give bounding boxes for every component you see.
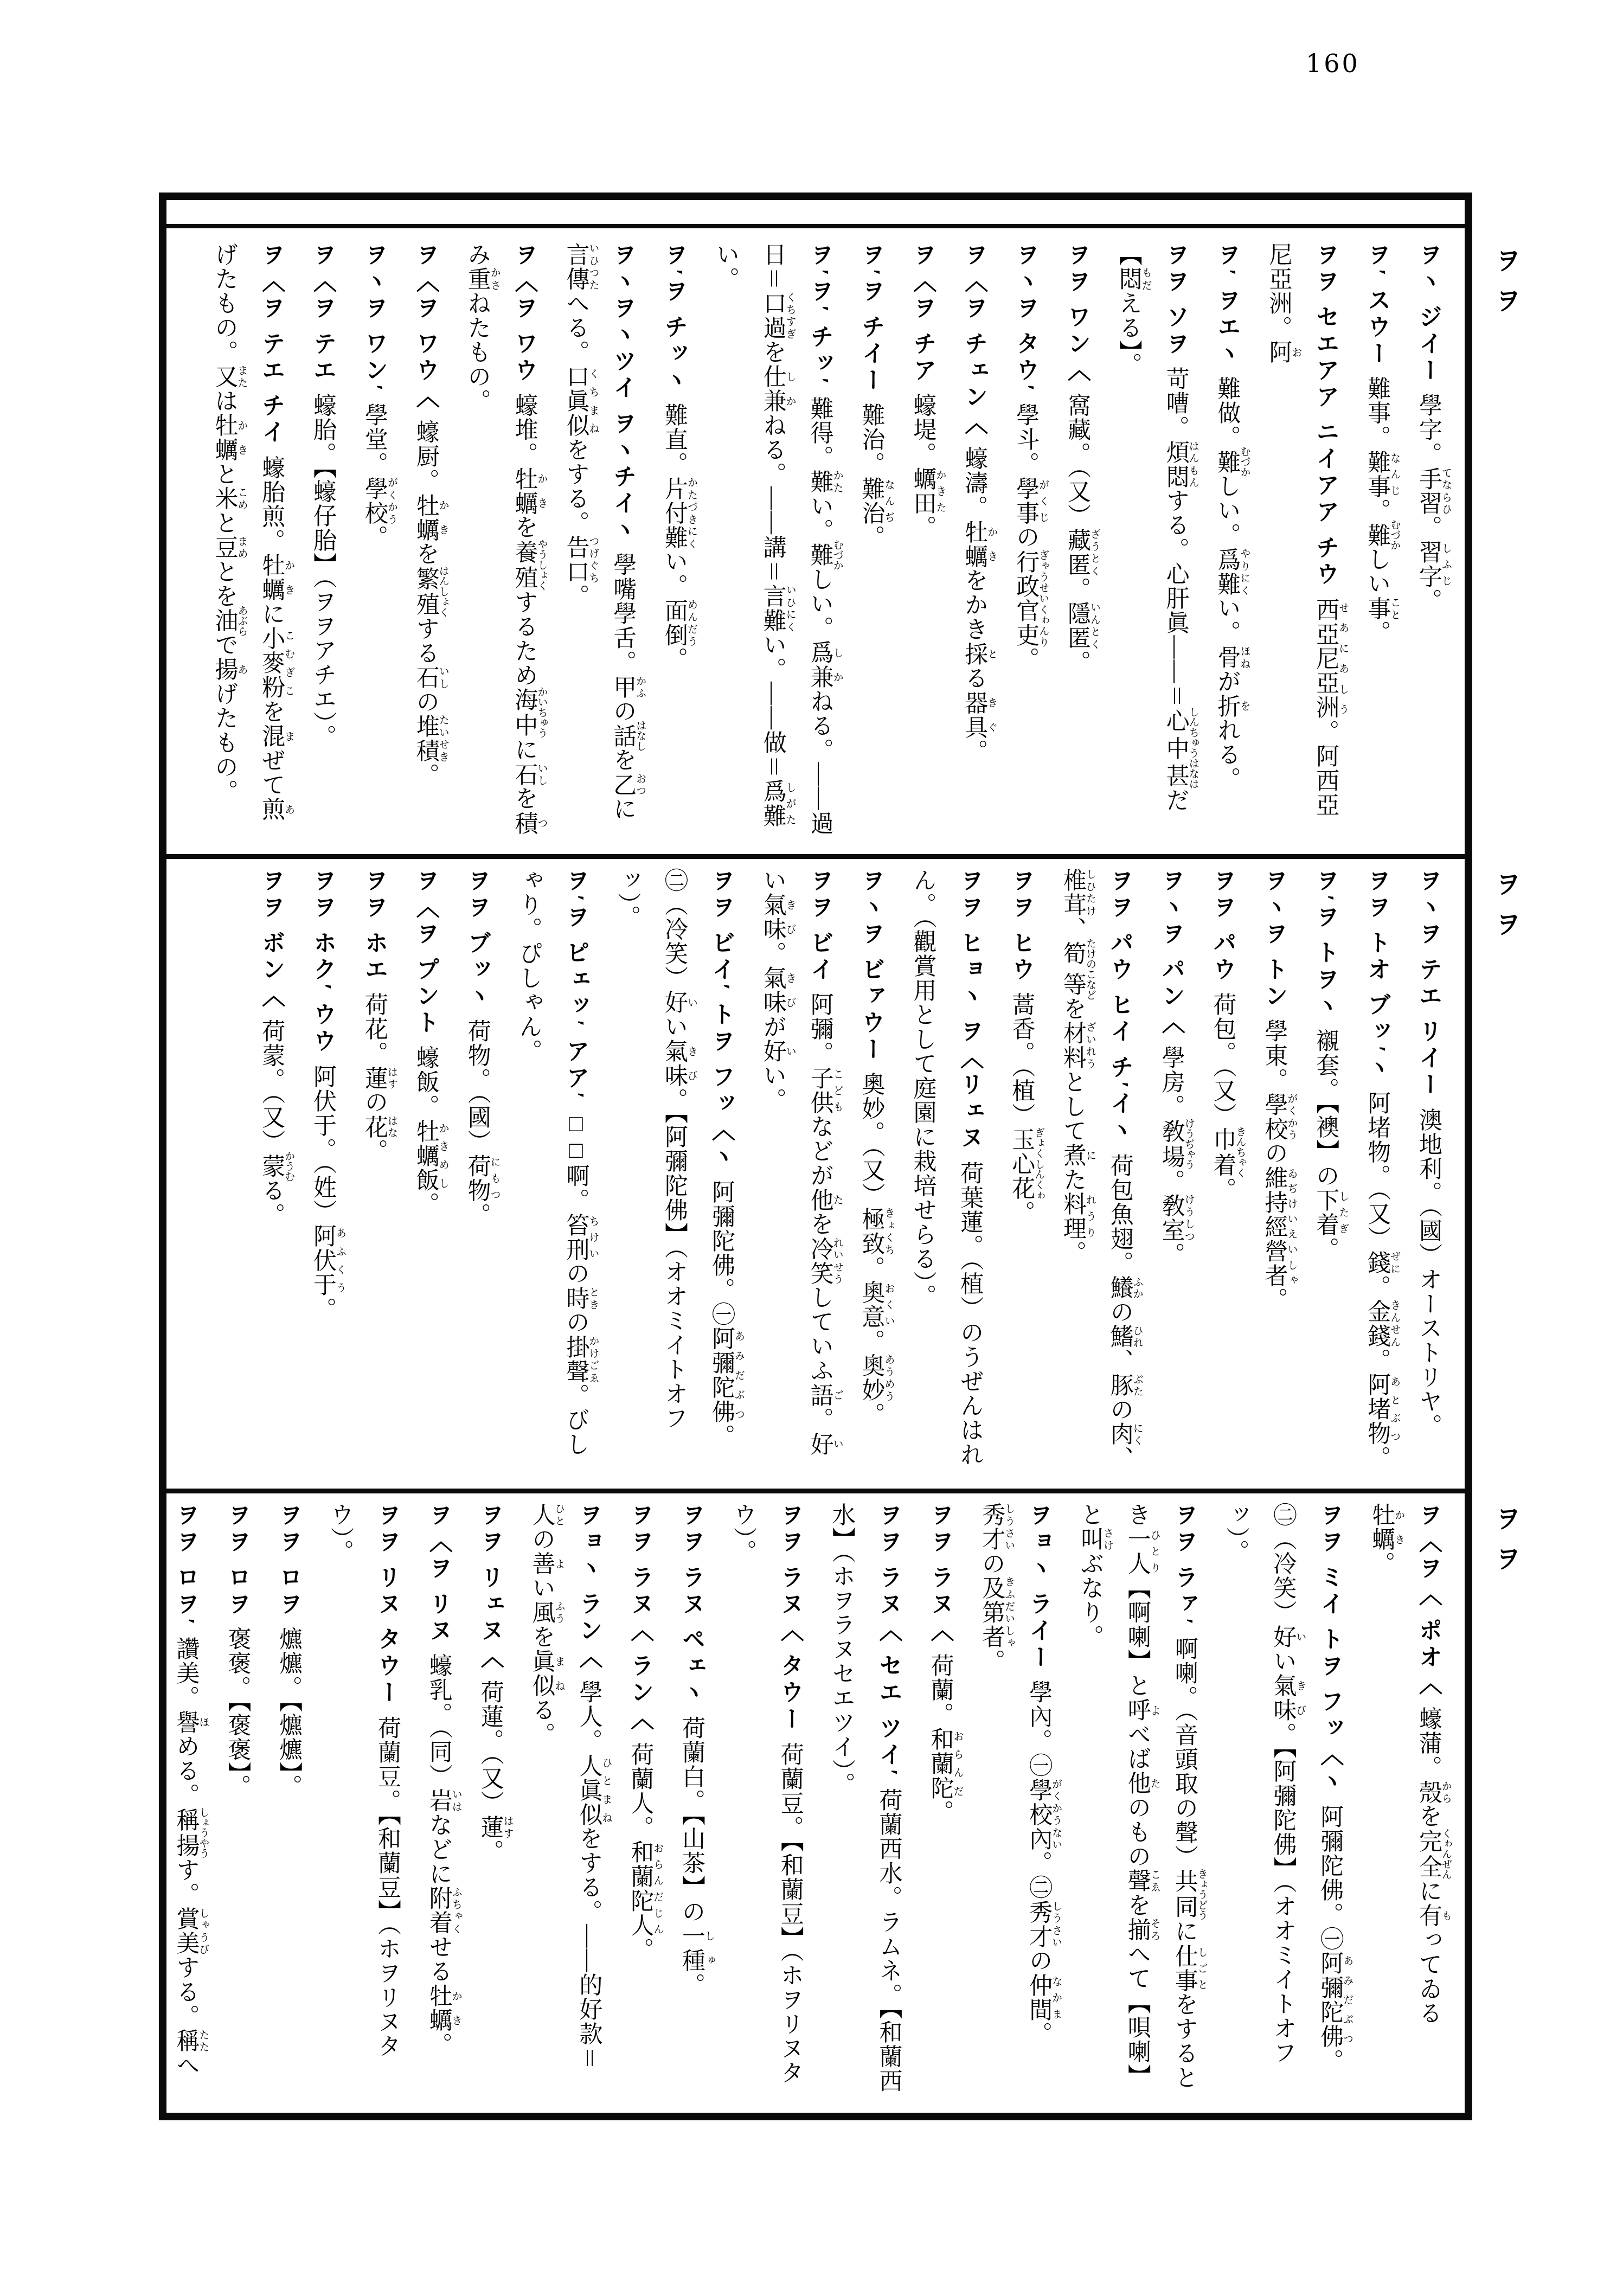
entry-headword-pronunciation: ヲヽヲヽツイ ヲヽチイヽ [610,242,636,553]
dictionary-entry: ヲ′ヲ トヲヽ 襯套。【襖】の下着したぎ。 [1301,868,1349,1471]
entry-definition: 荷花。蓮はすの花はな。 [362,993,387,1164]
entry-headword-pronunciation: ヲヲ ラヌ〈 [927,1503,953,1654]
entry-headword-pronunciation: ヲヲ ビイ [807,868,833,993]
entry-headword-pronunciation: ヲ′ スウー [1364,242,1390,377]
entry-definition: 蠔濤。牡蠣かきをかき採とる器具きぐ。 [961,447,987,764]
entry-headword-pronunciation: ヲヲ ラァ′ [1172,1503,1197,1637]
entry-headword-pronunciation: ヲ′ヲ トヲヽ [1313,868,1338,1029]
section-divider-rule [165,854,1466,859]
entry-definition: 學斗。學事がくじの行政官吏ぎゃうせいくゎんり。 [1013,403,1038,672]
entry-headword-pronunciation: ヲ〈ヲ ワウ〈 [413,242,439,420]
dictionary-entry: ヲ〈ヲ テエ チイ 蠔胎煎。牡蠣かきに小麥粉こむぎこを混まぜて煎あげたもの。又ま… [201,242,295,838]
dictionary-page-scan: 160 ヲヲ ヲヲ ヲヲ ヲヽ ジイー 學字。手習てならひ。習字しふじ。ヲ′ ス… [0,0,1623,2296]
dictionary-entry: ヲ′ヲ ピェッ′ アア′ □□啊。笞刑ちけいの時ときの掛聲かけごゑ。びしゃり。ぴ… [505,868,599,1471]
page-number: 160 [1306,49,1360,78]
dictionary-entry: ヲヲ ラァ′ 啊喇。（音頭取の聲）共同きょうどうに仕事しごとをするとき一人ひとり… [1066,1503,1208,2094]
entry-headword-pronunciation: ヲョヽ ラン〈 [576,1503,601,1681]
entry-definition: 蠔胎。【蠔仔胎】（ヲヲアチエ）。 [310,394,336,749]
entry-definition: 荷蘭人。和蘭陀人おらんだじん。 [627,1742,653,1962]
entry-headword-pronunciation: ヲヲ リヌ タウー [375,1503,400,1716]
entry-definition: 蠔乳。（同）岩いはなどに附着ふちゃくせる牡蠣かき。 [426,1654,452,2057]
entry-headword-pronunciation: ヲヲ ヒウ [1009,868,1034,993]
entry-definition: 褒褒。【褒褒】。 [224,1627,250,1799]
entry-definition: 荷包。（又）巾着きんちゃく。 [1210,993,1236,1202]
dictionary-entry: ヲヲ ミイ トヲ フッ〈ヽ 阿彌陀佛。㊀阿彌陀佛あみだぶつ。㊁（冷笑）好いい氣味… [1212,1503,1353,2094]
entry-headword-pronunciation: ヲヲ ロヲ [276,1503,301,1627]
entry-headword-pronunciation: ヲヽヲ タウ′ [1013,242,1038,403]
entry-headword-pronunciation: ヲヲ トオ ブッ′ヽ [1364,868,1390,1091]
dictionary-entry: ヲヽ ジイー 學字。手習てならひ。習字しふじ。 [1404,242,1452,838]
dictionary-entry: ヲヲ ラヌ〈 荷蘭。和蘭陀おらんだ。 [916,1503,964,2094]
entry-definition: 蠔飯。牡蠣飯かきめし。 [413,1046,439,1217]
entry-definition: 難做。難むづかしい。爲難やりにくい。骨ほねが折をれる。 [1215,377,1240,792]
entry-definition: 學堂。學校がくかう。 [362,403,387,550]
entry-headword-pronunciation: ヲヲ パウ [1210,868,1236,993]
dictionary-entry: ヲヽヲ トン 學東。學校がくかうの維持經營者ゐぢけいえいしゃ。 [1250,868,1298,1471]
section-divider-rule [165,1489,1466,1493]
entry-definition: 澳地利。（國）オーストリヤ。 [1416,1108,1441,1438]
entry-headword-pronunciation: ヲヽヲ ビァウー [859,868,884,1073]
entry-definition: 荷蘭白。【山茶】の一種しゅ。 [679,1716,704,1997]
dictionary-entry: ヲヲ パウ 荷包。（又）巾着きんちゃく。 [1199,868,1246,1471]
entry-definition: 荷蓮。（又）蓮はす。 [478,1681,503,1864]
dictionary-entry: ヲヲ ロヲ′ 讚美。譽ほめる。稱揚しょうやうす。賞美しゃうびする。稱たたへる。 [175,1503,209,2094]
dictionary-entry: ヲ〈ヲ リヌ 蠔乳。（同）岩いはなどに附着ふちゃくせる牡蠣かき。 [415,1503,462,2094]
entry-headword-pronunciation: ヲヲ ブッヽ [465,868,490,1019]
entry-headword-pronunciation: ヲヲ パウ ヒイ チ′イヽ [1107,868,1133,1153]
dictionary-entry: ヲヲ パウ ヒイ チ′イヽ 荷包魚翅。鱶ふかの鰭ひれ、豚ぶたの肉にく、椎茸しひた… [1049,868,1143,1471]
dictionary-entry: ヲヲ ボン〈 荷蒙。（又）蒙かうむる。 [247,868,294,1471]
entry-headword-pronunciation: ヲ′ ヲエヽ [1215,242,1240,377]
dictionary-entry: ヲヲ ラヌ〈 タウー 荷蘭豆。【和蘭豆】（ホヲリヌタウ）。 [719,1503,813,2094]
dictionary-entry: ヲョヽ ライー 學內。㊀學校內がくかうない。㊁秀才しうさいの仲間なかま。秀才しう… [967,1503,1062,2094]
entry-headword-pronunciation: ヲ〈ヲ ワウ [512,242,537,394]
entry-definition: 學字。手習てならひ。習字しふじ。 [1416,394,1441,613]
entry-definition: 襯套。【襖】の下着したぎ。 [1313,1029,1338,1262]
dictionary-entry: ヲヲ ビイ′ トヲ フッ〈ヽ 阿彌陀佛。㊀阿彌陀佛あみだぶつ。㊁（冷笑）好いい氣… [603,868,745,1471]
entry-headword-pronunciation: ヲ〈ヲ リヌ [426,1503,452,1654]
entry-definition: 蠔厨。牡蠣かきを繁殖はんしょくする石いしの堆積たいせき。 [413,420,439,788]
entries-section-bottom: ヲ〈ヲ〈 ポオ〈 蠔蒲。殼からを完全くゎんぜんに有もってゐる牡蠣かき。ヲヲ ミイ… [175,1503,1456,2094]
dictionary-entry: ヲ〈ヲ ワウ〈 蠔厨。牡蠣かきを繁殖はんしょくする石いしの堆積たいせき。 [402,242,449,838]
dictionary-entry: ヲヽヲ ビァウー 奧妙。（又）極致きょくち。奧意おくい。奧妙あうめう。 [848,868,895,1471]
entry-definition: 荷物。（國）荷物にもつ。 [465,1019,490,1228]
entry-headword-pronunciation: ヲ′ヲ チイー [859,242,884,403]
entry-headword-pronunciation: ヲ〈ヲ〈 ポオ〈 [1416,1503,1441,1707]
entry-definition: 荷蘭。和蘭陀おらんだ。 [927,1654,953,1825]
entry-headword-pronunciation: ヲヽヲ トン [1261,868,1287,1019]
entry-headword-pronunciation: ヲヲ ボン〈 [259,868,284,1019]
entry-headword-pronunciation: ヲヽヲ テエ リイー [1416,868,1441,1108]
entry-headword-pronunciation: ヲヲ ミイ トヲ フッ〈ヽ [1317,1503,1343,1805]
page-border-frame: ヲヽ ジイー 學字。手習てならひ。習字しふじ。ヲ′ スウー 難事。難事なんじ。難… [159,193,1472,2120]
dictionary-entry: ヲ′ スウー 難事。難事なんじ。難むづかしい事こと。 [1353,242,1400,838]
dictionary-entry: ヲ〈ヲ テエ 蠔胎。【蠔仔胎】（ヲヲアチエ）。 [299,242,346,838]
dictionary-entry: ヲ〈ヲ〈 ポオ〈 蠔蒲。殼からを完全くゎんぜんに有もってゐる牡蠣かき。 [1357,1503,1452,2094]
entry-definition: 蠔堤。蠣田かきた。 [910,394,935,540]
dictionary-entry: ヲヽヲヽツイ ヲヽチイヽ 學嘴學舌。甲かふの話はなしを乙おつに言傳いひつたへる。… [552,242,646,838]
entry-headword-pronunciation: ヲ〈ヲ チア [910,242,935,394]
entry-headword-pronunciation: ヲ〈ヲ テエ チイ [259,242,284,456]
entry-headword-pronunciation: ヲヲ ロヲ [224,1503,250,1627]
dictionary-entry: ヲヲ ラヌ ペェヽ 荷蘭白。【山茶】の一種しゅ。 [668,1503,715,2094]
entry-headword-pronunciation: ヲヲ ラヌ ペェヽ [679,1503,704,1716]
entry-headword-pronunciation: ヲヽヲ ワン′ [362,242,387,403]
dictionary-entry: ヲ〈ヲ プント 蠔飯。牡蠣飯かきめし。 [402,868,449,1471]
dictionary-entry: ヲ′ヲ チイー 難治。難治なんぢ。 [848,242,895,838]
entry-headword-pronunciation: ヲヲ ソヲ [1163,242,1189,367]
dictionary-entry: ヲヽヲ パン〈 學房。敎場けうぢゃう。敎室けうしつ。 [1147,868,1195,1471]
dictionary-entry: ヲヲ トオ ブッ′ヽ 阿堵物。（又）錢ぜに。金錢きんせん。阿堵物あとぶつ。 [1353,868,1400,1471]
entry-headword-pronunciation: ヲヽ ジイー [1416,242,1441,394]
dictionary-entry: ヲヲ ヒョヽ ヲ〈リェヌ 荷葉蓮。（植）のうぜんはれん。（觀賞用として庭園に栽培… [899,868,993,1471]
entry-definition: 難治。難治なんぢ。 [859,403,884,550]
entry-headword-pronunciation: ヲ′ヲ ピェッ′ アア′ [563,868,588,1111]
entry-definition: 窩藏。（又）藏匿ざうとく。隱匿いんとく。 [1064,394,1090,675]
dictionary-entry: ヲ′ ヲエヽ 難做。難むづかしい。爲難やりにくい。骨ほねが折をれる。 [1203,242,1250,838]
entry-headword-pronunciation: ヲヲ ヒョヽ ヲ〈リェヌ [957,868,983,1161]
dictionary-entry: ヲヽヲ テエ リイー 澳地利。（國）オーストリヤ。 [1404,868,1452,1471]
margin-index-tab-top: ヲヲ [1487,247,1524,327]
entry-definition: 蒿香。（植）玉心花ぎょくしんくゎ。 [1009,993,1034,1226]
margin-index-tab-middle: ヲヲ [1487,870,1524,951]
entry-headword-pronunciation: ヲヲ ホク′ ウウ [310,868,336,1064]
entry-headword-pronunciation: ヲヲ ラヌ〈 タウー [778,1503,803,1742]
entry-headword-pronunciation: ヲヲ リェヌ〈 [478,1503,503,1681]
dictionary-entry: ヲヲ ホエ 荷花。蓮はすの花はな。 [350,868,397,1471]
entry-headword-pronunciation: ヲョヽ ライー [1026,1503,1051,1681]
entry-headword-pronunciation: ヲ〈ヲ プント [413,868,439,1046]
entry-headword-pronunciation: ヲヲ ロヲ′ [175,1503,199,1637]
entry-definition: 學東。學校がくかうの維持經營者ゐぢけいえいしゃ。 [1261,1019,1287,1312]
dictionary-entry: ヲ′ヲ′ チッ′ 難得。難かたい。難むづかしい。爲兼しかねる。――過日＝口過くち… [702,242,843,838]
entry-headword-pronunciation: ヲ〈ヲ チェン〈 [961,242,987,447]
dictionary-entry: ヲ〈ヲ チア 蠔堤。蠣田かきた。 [899,242,946,838]
entry-headword-pronunciation: ヲヲ ホエ [362,868,387,993]
entries-section-middle: ヲヽヲ テエ リイー 澳地利。（國）オーストリヤ。ヲヲ トオ ブッ′ヽ 阿堵物。… [175,868,1456,1471]
dictionary-entry: ヲヲ ワン〈 窩藏。（又）藏匿ざうとく。隱匿いんとく。 [1053,242,1100,838]
dictionary-entry: ヲヲ ヒウ 蒿香。（植）玉心花ぎょくしんくゎ。 [997,868,1044,1471]
entry-headword-pronunciation: ヲヲ ビイ′ トヲ フッ〈ヽ [709,868,734,1180]
dictionary-entry: ヲヲ ブッヽ 荷物。（國）荷物にもつ。 [453,868,501,1471]
dictionary-entry: ヲヲ ビイ 阿彌。子供こどもなどが他たを冷笑れいせうしていふ語ご。好いい氣味きび… [749,868,843,1471]
entry-headword-pronunciation: ヲ〈ヲ テエ [310,242,336,394]
entry-headword-pronunciation: ヲ′ヲ チッヽ [662,242,687,403]
entry-definition: 奧妙。（又）極致きょくち。奧意おくい。奧妙あうめう。 [859,1073,884,1427]
dictionary-entry: ヲ〈ヲ ワウ 蠔堆。牡蠣かきを養殖やうしょくするため海中かいちゅうに石いしを積つ… [453,242,548,838]
dictionary-entry: ヲヽヲ ワン′ 學堂。學校がくかう。 [350,242,397,838]
dictionary-entry: ヲ′ヲ チッヽ 難直。片付難かたづきにくい。面倒めんだう。 [650,242,697,838]
dictionary-entry: ヲヲ ラヌ〈 ラン〈 荷蘭人。和蘭陀人おらんだじん。 [616,1503,663,2094]
entry-headword-pronunciation: ヲ′ヲ′ チッ′ [807,242,833,396]
dictionary-entry: ヲヲ ロヲ 爊爊。【爊爊】。 [265,1503,312,2094]
dictionary-entry: ヲヲ ソヲ 苛嘈。煩悶はんもんする。心肝眞――＝心中甚しんちゅうはなはだ【悶もだ… [1105,242,1199,838]
entry-definition: 學房。敎場けうぢゃう。敎室けうしつ。 [1159,1046,1184,1267]
entry-definition: 爊爊。【爊爊】。 [276,1627,301,1799]
dictionary-entry: ヲヲ ロヲ 褒褒。【褒褒】。 [214,1503,261,2094]
entry-headword-pronunciation: ヲヲ ラヌ〈 ラン〈 [627,1503,653,1742]
top-double-rule [165,224,1466,228]
dictionary-entry: ヲヲ リヌ タウー 荷蘭豆。【和蘭豆】（ホヲリヌタウ）。 [316,1503,410,2094]
dictionary-entry: ヲヲ ホク′ ウウ 阿伏于。（姓）阿伏于あふくう。 [299,868,346,1471]
entry-headword-pronunciation: ヲヲ ラヌ〈 セエ ツイ′ [876,1503,902,1788]
dictionary-entry: ヲ〈ヲ チェン〈 蠔濤。牡蠣かきをかき採とる器具きぐ。 [950,242,997,838]
dictionary-entry: ヲヲ セエアア ニイアア チウ 西亞尼亞洲せあにあしう。阿西亞尼亞洲。阿お [1255,242,1349,838]
entry-definition: 荷蒙。（又）蒙かうむる。 [259,1019,284,1228]
entry-definition: 難事。難事なんじ。難むづかしい事こと。 [1364,377,1390,645]
dictionary-entry: ヲヽヲ タウ′ 學斗。學事がくじの行政官吏ぎゃうせいくゎんり。 [1002,242,1049,838]
entry-headword-pronunciation: ヲヽヲ パン〈 [1159,868,1184,1046]
dictionary-entry: ヲヲ ラヌ〈 セエ ツイ′ 荷蘭西水。ラムネ。【和蘭西水】（ホヲラヌセエツイ）。 [818,1503,912,2094]
margin-index-tab-bottom: ヲヲ [1487,1505,1524,1585]
dictionary-entry: ヲョヽ ラン〈 學人。人眞似ひとまねをする。――的好款＝人ひとの善よい風ふうを眞… [518,1503,612,2094]
entry-definition: 阿伏于。（姓）阿伏于あふくう。 [310,1064,336,1322]
dictionary-entry: ヲヲ リェヌ〈 荷蓮。（又）蓮はす。 [466,1503,514,2094]
entries-section-top: ヲヽ ジイー 學字。手習てならひ。習字しふじ。ヲ′ スウー 難事。難事なんじ。難… [175,242,1456,838]
entry-headword-pronunciation: ヲヲ セエアア ニイアア チウ [1313,242,1338,598]
entry-headword-pronunciation: ヲヲ ワン〈 [1064,242,1090,394]
entry-definition: 阿堵物。（又）錢ぜに。金錢きんせん。阿堵物あとぶつ。 [1364,1091,1390,1470]
entry-definition: 難直。片付難かたづきにくい。面倒めんだう。 [662,403,687,672]
